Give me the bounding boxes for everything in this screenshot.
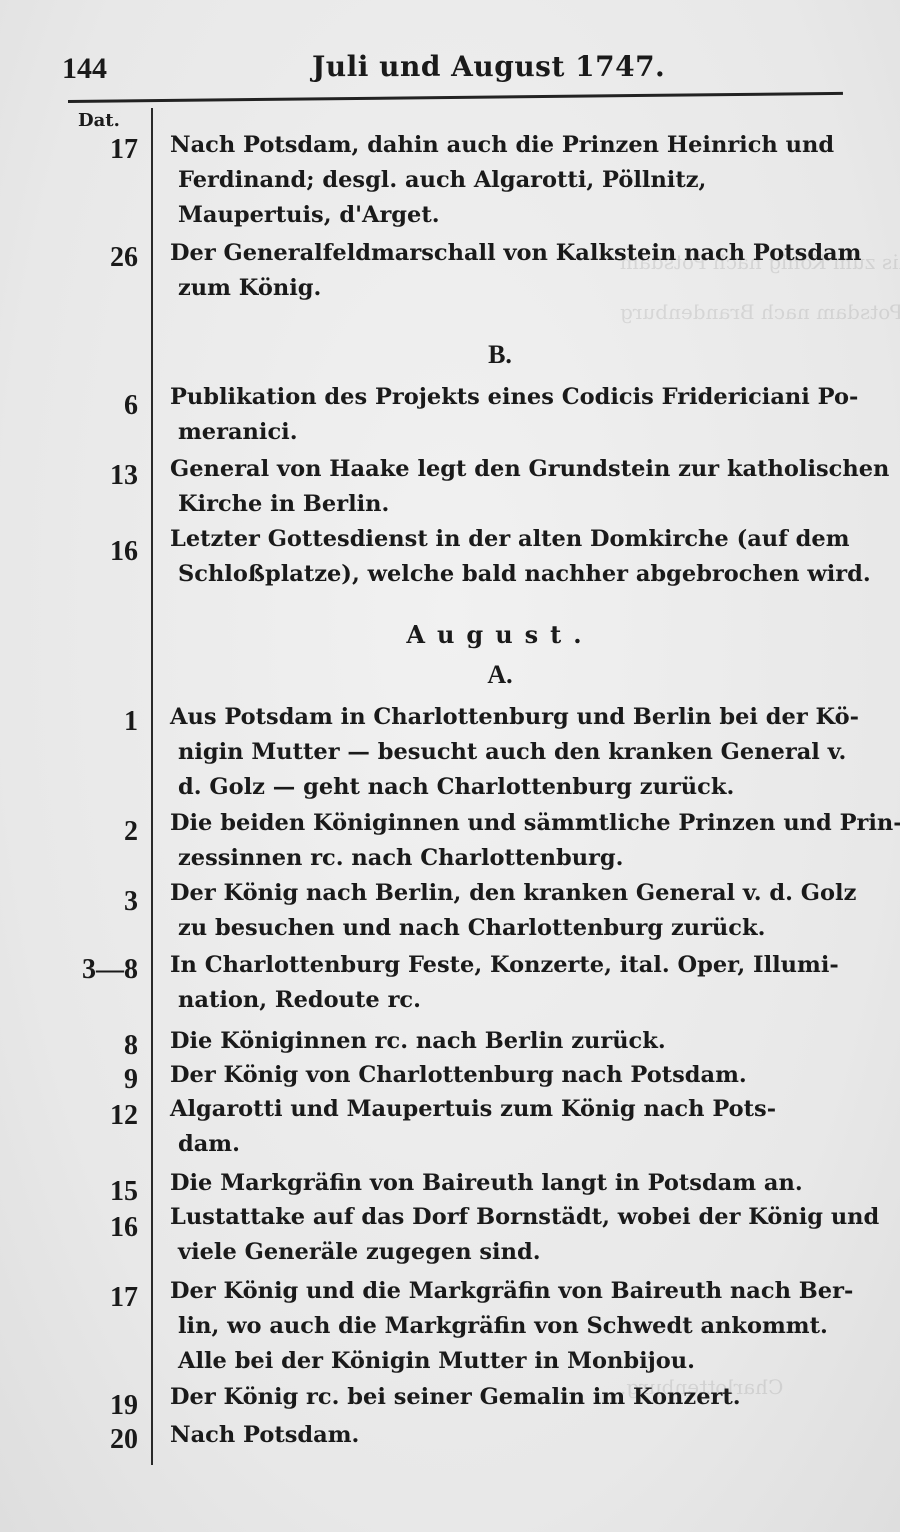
entry-date: 13 [110, 460, 138, 492]
entry-text: General von Haake legt den Grundstein zu… [152, 452, 840, 522]
entry-date: 16 [110, 536, 138, 568]
entry-text: Der König von Charlottenburg nach Potsda… [152, 1058, 840, 1093]
entry-date: 26 [110, 242, 138, 274]
date-column-label: Dat. [78, 110, 120, 131]
entry-text: Aus Potsdam in Charlottenburg und Berlin… [152, 700, 840, 805]
entry-date: 15 [110, 1176, 138, 1208]
entry-date: 1 [124, 706, 138, 738]
entry-date: 3—8 [82, 954, 138, 986]
entry-text: Nach Potsdam, dahin auch die Prinzen Hei… [152, 128, 840, 233]
entry-text: Publikation des Projekts eines Codicis F… [152, 380, 840, 450]
entry-text: Die Königinnen rc. nach Berlin zurück. [152, 1024, 840, 1059]
entry-date: 19 [110, 1390, 138, 1422]
entry-date: 17 [110, 134, 138, 166]
entry-date: 12 [110, 1100, 138, 1132]
section-heading-b: B. [160, 340, 840, 370]
entry-text: In Charlottenburg Feste, Konzerte, ital.… [152, 948, 840, 1018]
running-head: 144 Juli und August 1747. [62, 46, 842, 86]
entry-text: Lustattake auf das Dorf Bornstädt, wobei… [152, 1200, 840, 1270]
entry-text: Nach Potsdam. [152, 1418, 840, 1453]
entry-text: Die beiden Königinnen und sämmtliche Pri… [152, 806, 840, 876]
entry-text: Der Generalfeldmarschall von Kalkstein n… [152, 236, 840, 306]
entry-text: Algarotti und Maupertuis zum König nach … [152, 1092, 840, 1162]
entry-text: Letzter Gottesdienst in der alten Domkir… [152, 522, 840, 592]
entry-date: 9 [124, 1064, 138, 1096]
entry-date: 3 [124, 886, 138, 918]
entry-text: Der König und die Markgräfin von Baireut… [152, 1274, 840, 1379]
entry-text: Die Markgräfin von Baireuth langt in Pot… [152, 1166, 840, 1201]
entry-date: 16 [110, 1212, 138, 1244]
page-number: 144 [62, 52, 107, 86]
header-rule [68, 92, 843, 103]
entry-text: Der König nach Berlin, den kranken Gener… [152, 876, 840, 946]
page-title: Juli und August 1747. [312, 50, 665, 83]
entry-text: Der König rc. bei seiner Gemalin im Konz… [152, 1380, 840, 1415]
scanned-page: Maupertuis zum König nach Potsdam Der Kö… [0, 0, 900, 1532]
entry-date: 2 [124, 816, 138, 848]
entry-date: 17 [110, 1282, 138, 1314]
month-heading-august: August. [160, 620, 840, 649]
entry-date: 20 [110, 1424, 138, 1456]
entry-date: 6 [124, 390, 138, 422]
entry-date: 8 [124, 1030, 138, 1062]
section-heading-a: A. [160, 660, 840, 690]
